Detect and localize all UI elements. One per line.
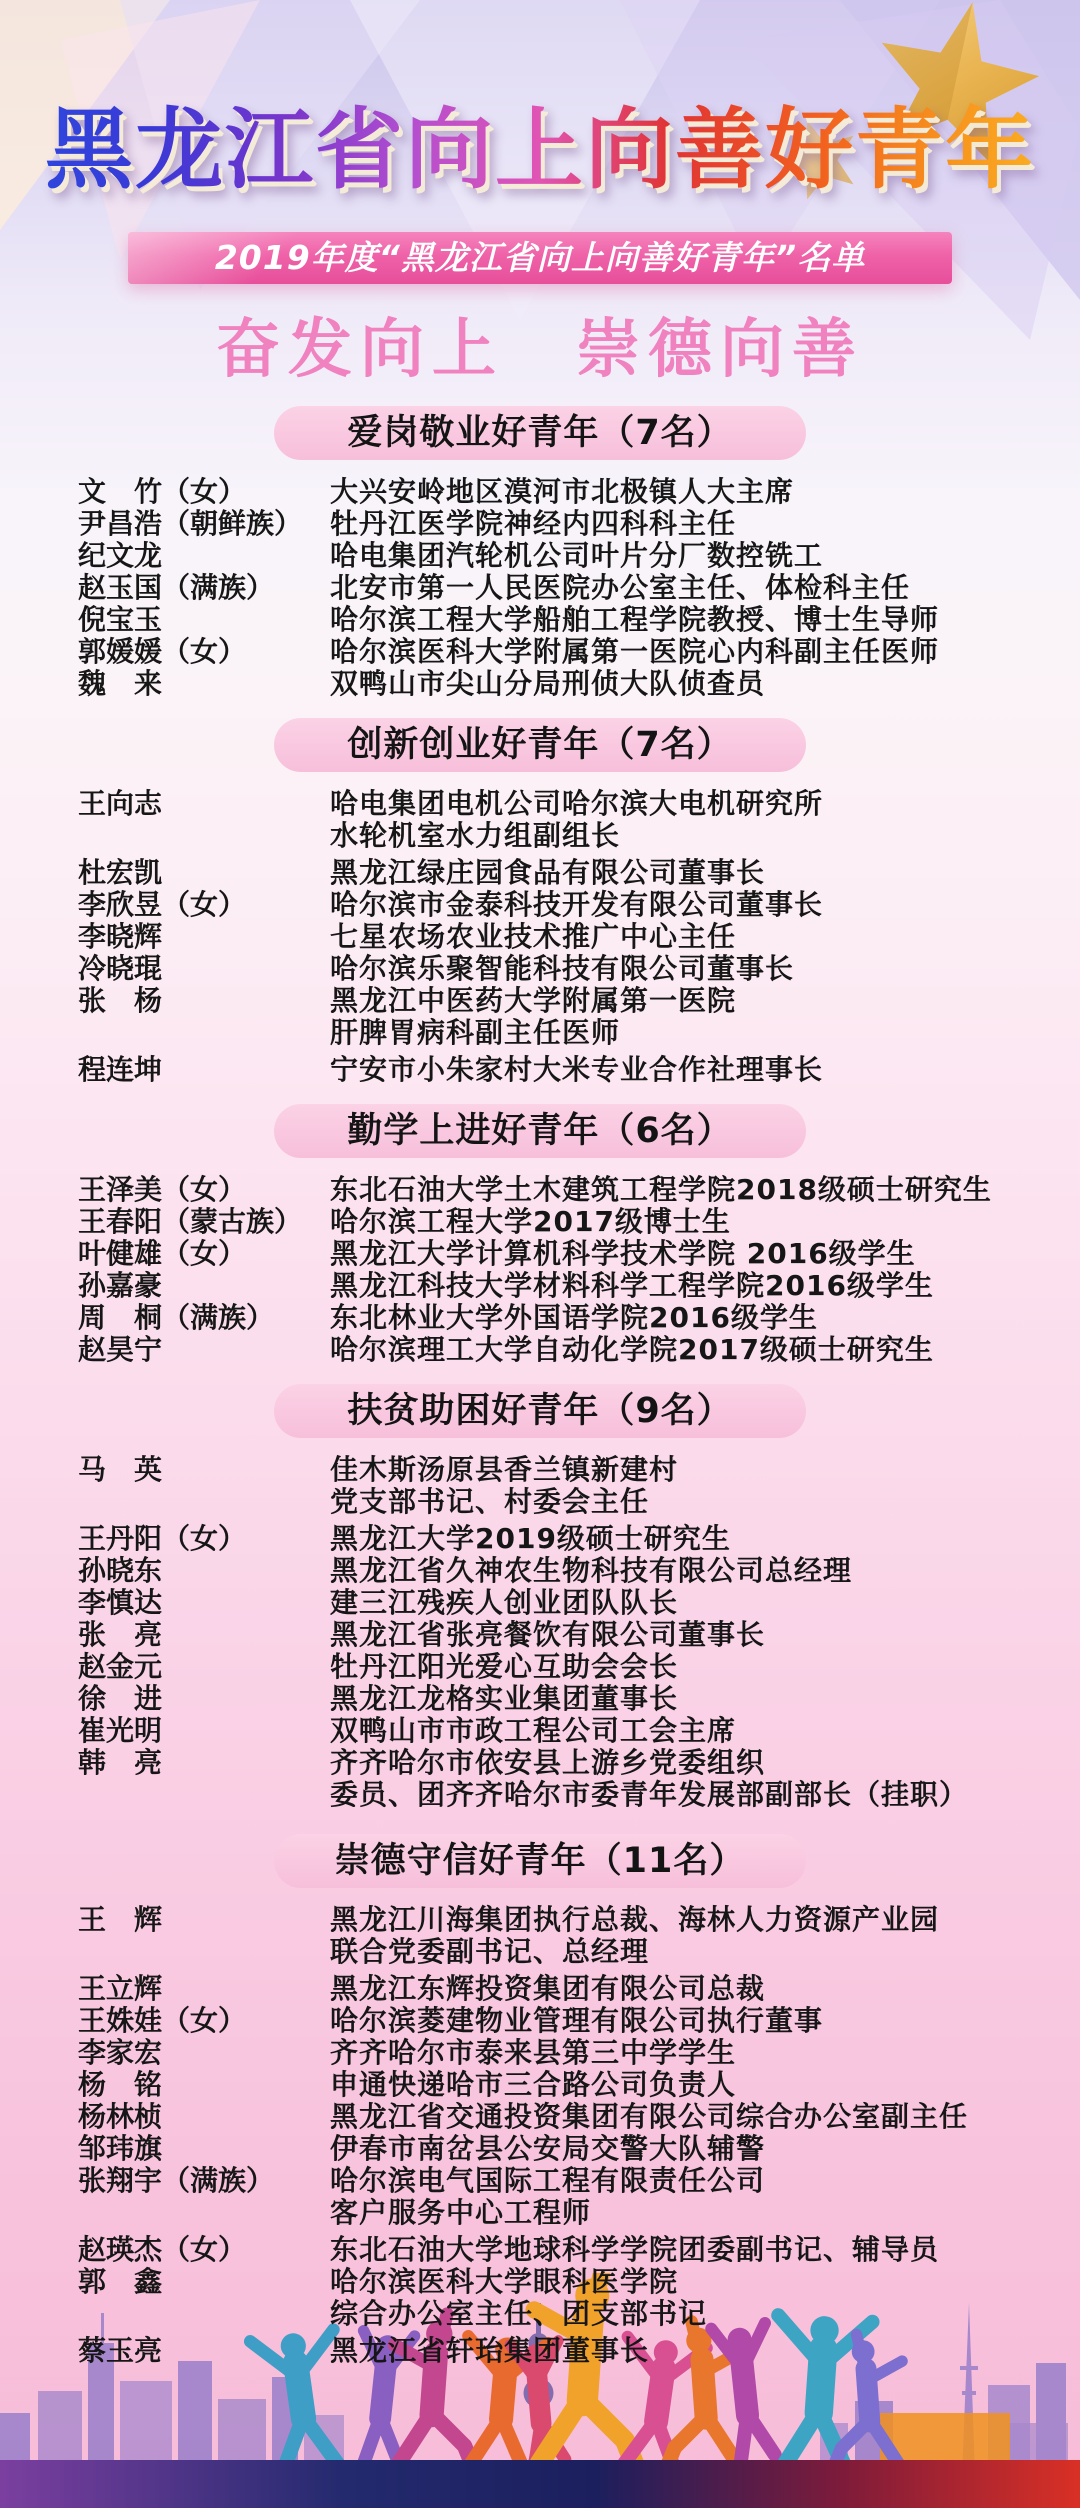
list-item: 邹玮旗 伊春市南岔县公安局交警大队辅警 [0, 2133, 1080, 2165]
person-name: 程连坤 [78, 1054, 330, 1086]
section-rows: 马 英 佳木斯汤原县香兰镇新建村党支部书记、村委会主任 王丹阳（女） 黑龙江大学… [0, 1450, 1080, 1818]
award-section: 创新创业好青年（7名） 王向志 哈电集团电机公司哈尔滨大电机研究所水轮机室水力组… [0, 718, 1080, 1088]
section-header: 崇德守信好青年（11名） [274, 1834, 806, 1888]
person-name: 李欣昱（女） [78, 889, 330, 921]
list-item: 郭 鑫 哈尔滨医科大学眼科医学院综合办公室主任、团支部书记 [0, 2266, 1080, 2330]
person-description: 哈尔滨菱建物业管理有限公司执行董事 [330, 2005, 1060, 2037]
person-description-line: 哈尔滨理工大学自动化学院2017级硕士研究生 [330, 1334, 1060, 1366]
person-description: 齐齐哈尔市泰来县第三中学学生 [330, 2037, 1060, 2069]
list-item: 王向志 哈电集团电机公司哈尔滨大电机研究所水轮机室水力组副组长 [0, 788, 1080, 852]
person-description-line: 哈电集团电机公司哈尔滨大电机研究所 [330, 788, 1060, 820]
person-name: 赵玉国（满族） [78, 572, 330, 604]
person-name: 文 竹（女） [78, 476, 330, 508]
person-name: 郭 鑫 [78, 2266, 330, 2298]
list-item: 李欣昱（女） 哈尔滨市金泰科技开发有限公司董事长 [0, 889, 1080, 921]
person-description: 东北林业大学外国语学院2016级学生 [330, 1302, 1060, 1334]
person-name: 郭媛媛（女） [78, 636, 330, 668]
list-item: 徐 进 黑龙江龙格实业集团董事长 [0, 1683, 1080, 1715]
person-name: 王向志 [78, 788, 330, 820]
list-item: 杨 铭 申通快递哈市三合路公司负责人 [0, 2069, 1080, 2101]
section-rows: 王 辉 黑龙江川海集团执行总裁、海林人力资源产业园联合党委副书记、总经理 王立辉… [0, 1900, 1080, 2369]
person-name: 孙晓东 [78, 1555, 330, 1587]
person-description: 哈尔滨工程大学船舶工程学院教授、博士生导师 [330, 604, 1060, 636]
banner-ribbon: 2019年度“黑龙江省向上向善好青年”名单 [128, 232, 952, 284]
person-description: 东北石油大学地球科学学院团委副书记、辅导员 [330, 2234, 1060, 2266]
list-item: 李慎达 建三江残疾人创业团队队长 [0, 1587, 1080, 1619]
list-item: 程连坤 宁安市小朱家村大米专业合作社理事长 [0, 1054, 1080, 1086]
list-item: 蔡玉亮 黑龙江省轩珆集团董事长 [0, 2335, 1080, 2367]
list-item: 李晓辉 七星农场农业技术推广中心主任 [0, 921, 1080, 953]
list-item: 张 杨 黑龙江中医药大学附属第一医院肝脾胃病科副主任医师 [0, 985, 1080, 1049]
section-title: 爱岗敬业好青年（7名） [347, 406, 732, 460]
person-description: 黑龙江大学2019级硕士研究生 [330, 1523, 1060, 1555]
list-item: 王丹阳（女） 黑龙江大学2019级硕士研究生 [0, 1523, 1080, 1555]
person-description-line: 双鸭山市尖山分局刑侦大队侦查员 [330, 668, 1060, 700]
person-description: 黑龙江中医药大学附属第一医院肝脾胃病科副主任医师 [330, 985, 1060, 1049]
person-description-line: 佳木斯汤原县香兰镇新建村 [330, 1454, 1060, 1486]
list-item: 赵金元 牡丹江阳光爱心互助会会长 [0, 1651, 1080, 1683]
section-rows: 王向志 哈电集团电机公司哈尔滨大电机研究所水轮机室水力组副组长 杜宏凯 黑龙江绿… [0, 784, 1080, 1088]
person-name: 崔光明 [78, 1715, 330, 1747]
person-description-line: 七星农场农业技术推广中心主任 [330, 921, 1060, 953]
award-section: 爱岗敬业好青年（7名） 文 竹（女） 大兴安岭地区漠河市北极镇人大主席 尹昌浩（… [0, 406, 1080, 702]
list-item: 孙晓东 黑龙江省久神农生物科技有限公司总经理 [0, 1555, 1080, 1587]
section-title: 崇德守信好青年（11名） [335, 1834, 746, 1888]
person-description-line: 黑龙江省轩珆集团董事长 [330, 2335, 1060, 2367]
page-title: 黑龙江省向上向善好青年 [0, 80, 1080, 206]
person-description: 北安市第一人民医院办公室主任、体检科主任 [330, 572, 1060, 604]
person-name: 徐 进 [78, 1683, 330, 1715]
person-description: 东北石油大学土木建筑工程学院2018级硕士研究生 [330, 1174, 1060, 1206]
person-description: 黑龙江省交通投资集团有限公司综合办公室副主任 [330, 2101, 1060, 2133]
list-item: 王泽美（女） 东北石油大学土木建筑工程学院2018级硕士研究生 [0, 1174, 1080, 1206]
person-name: 蔡玉亮 [78, 2335, 330, 2367]
person-description-line: 哈尔滨医科大学附属第一医院心内科副主任医师 [330, 636, 1060, 668]
person-description-line: 黑龙江大学计算机科学技术学院 2016级学生 [330, 1238, 1060, 1270]
person-description-line: 黑龙江省久神农生物科技有限公司总经理 [330, 1555, 1060, 1587]
person-name: 纪文龙 [78, 540, 330, 572]
person-description-line: 北安市第一人民医院办公室主任、体检科主任 [330, 572, 1060, 604]
person-description: 黑龙江川海集团执行总裁、海林人力资源产业园联合党委副书记、总经理 [330, 1904, 1060, 1968]
person-description: 牡丹江阳光爱心互助会会长 [330, 1651, 1060, 1683]
person-description: 佳木斯汤原县香兰镇新建村党支部书记、村委会主任 [330, 1454, 1060, 1518]
person-name: 马 英 [78, 1454, 330, 1486]
person-description: 哈尔滨理工大学自动化学院2017级硕士研究生 [330, 1334, 1060, 1366]
person-description: 哈电集团电机公司哈尔滨大电机研究所水轮机室水力组副组长 [330, 788, 1060, 852]
person-description: 哈尔滨电气国际工程有限责任公司客户服务中心工程师 [330, 2165, 1060, 2229]
person-description-line: 东北石油大学土木建筑工程学院2018级硕士研究生 [330, 1174, 1060, 1206]
list-item: 周 桐（满族） 东北林业大学外国语学院2016级学生 [0, 1302, 1080, 1334]
list-item: 文 竹（女） 大兴安岭地区漠河市北极镇人大主席 [0, 476, 1080, 508]
person-description-line: 黑龙江龙格实业集团董事长 [330, 1683, 1060, 1715]
award-section: 崇德守信好青年（11名） 王 辉 黑龙江川海集团执行总裁、海林人力资源产业园联合… [0, 1834, 1080, 2369]
person-description: 七星农场农业技术推广中心主任 [330, 921, 1060, 953]
person-description: 齐齐哈尔市依安县上游乡党委组织委员、团齐齐哈尔市委青年发展部副部长（挂职） [330, 1747, 1060, 1811]
person-name: 孙嘉豪 [78, 1270, 330, 1302]
list-item: 李家宏 齐齐哈尔市泰来县第三中学学生 [0, 2037, 1080, 2069]
person-name: 王姝娃（女） [78, 2005, 330, 2037]
person-description: 黑龙江龙格实业集团董事长 [330, 1683, 1060, 1715]
section-rows: 文 竹（女） 大兴安岭地区漠河市北极镇人大主席 尹昌浩（朝鲜族） 牡丹江医学院神… [0, 472, 1080, 702]
person-description-line: 肝脾胃病科副主任医师 [330, 1017, 1060, 1049]
person-description-line: 党支部书记、村委会主任 [330, 1486, 1060, 1518]
person-name: 李家宏 [78, 2037, 330, 2069]
person-description-line: 双鸭山市市政工程公司工会主席 [330, 1715, 1060, 1747]
person-description: 双鸭山市尖山分局刑侦大队侦查员 [330, 668, 1060, 700]
person-description-line: 申通快递哈市三合路公司负责人 [330, 2069, 1060, 2101]
list-item: 王 辉 黑龙江川海集团执行总裁、海林人力资源产业园联合党委副书记、总经理 [0, 1904, 1080, 1968]
award-section: 扶贫助困好青年（9名） 马 英 佳木斯汤原县香兰镇新建村党支部书记、村委会主任 … [0, 1384, 1080, 1818]
person-description: 双鸭山市市政工程公司工会主席 [330, 1715, 1060, 1747]
person-description: 宁安市小朱家村大米专业合作社理事长 [330, 1054, 1060, 1086]
person-name: 张翔宇（满族） [78, 2165, 330, 2197]
section-header: 爱岗敬业好青年（7名） [274, 406, 806, 460]
list-item: 叶健雄（女） 黑龙江大学计算机科学技术学院 2016级学生 [0, 1238, 1080, 1270]
sections-container: 爱岗敬业好青年（7名） 文 竹（女） 大兴安岭地区漠河市北极镇人大主席 尹昌浩（… [0, 406, 1080, 2369]
person-description-line: 牡丹江阳光爱心互助会会长 [330, 1651, 1060, 1683]
person-description-line: 牡丹江医学院神经内四科科主任 [330, 508, 1060, 540]
person-name: 倪宝玉 [78, 604, 330, 636]
person-description-line: 哈尔滨工程大学2017级博士生 [330, 1206, 1060, 1238]
person-description: 哈尔滨工程大学2017级博士生 [330, 1206, 1060, 1238]
person-description: 大兴安岭地区漠河市北极镇人大主席 [330, 476, 1060, 508]
person-name: 邹玮旗 [78, 2133, 330, 2165]
person-name: 杨 铭 [78, 2069, 330, 2101]
person-description: 黑龙江省久神农生物科技有限公司总经理 [330, 1555, 1060, 1587]
person-name: 张 杨 [78, 985, 330, 1017]
person-name: 杜宏凯 [78, 857, 330, 889]
person-description: 牡丹江医学院神经内四科科主任 [330, 508, 1060, 540]
list-item: 王春阳（蒙古族） 哈尔滨工程大学2017级博士生 [0, 1206, 1080, 1238]
person-description: 哈尔滨市金泰科技开发有限公司董事长 [330, 889, 1060, 921]
list-item: 郭媛媛（女） 哈尔滨医科大学附属第一医院心内科副主任医师 [0, 636, 1080, 668]
list-item: 张翔宇（满族） 哈尔滨电气国际工程有限责任公司客户服务中心工程师 [0, 2165, 1080, 2229]
person-description-line: 黑龙江科技大学材料科学工程学院2016级学生 [330, 1270, 1060, 1302]
banner-text: 2019年度“黑龙江省向上向善好青年”名单 [128, 232, 952, 284]
section-rows: 王泽美（女） 东北石油大学土木建筑工程学院2018级硕士研究生 王春阳（蒙古族）… [0, 1170, 1080, 1368]
list-item: 马 英 佳木斯汤原县香兰镇新建村党支部书记、村委会主任 [0, 1454, 1080, 1518]
person-description-line: 齐齐哈尔市依安县上游乡党委组织 [330, 1747, 1060, 1779]
person-description: 黑龙江东辉投资集团有限公司总裁 [330, 1973, 1060, 2005]
person-name: 王泽美（女） [78, 1174, 330, 1206]
poster-header: 黑龙江省向上向善好青年 2019年度“黑龙江省向上向善好青年”名单 奋发向上 崇… [0, 0, 1080, 390]
person-name: 周 桐（满族） [78, 1302, 330, 1334]
person-description-line: 东北林业大学外国语学院2016级学生 [330, 1302, 1060, 1334]
person-name: 王立辉 [78, 1973, 330, 2005]
person-name: 赵瑛杰（女） [78, 2234, 330, 2266]
award-section: 勤学上进好青年（6名） 王泽美（女） 东北石油大学土木建筑工程学院2018级硕士… [0, 1104, 1080, 1368]
person-name: 魏 来 [78, 668, 330, 700]
person-name: 冷晓琨 [78, 953, 330, 985]
person-description-line: 哈尔滨电气国际工程有限责任公司 [330, 2165, 1060, 2197]
list-item: 赵瑛杰（女） 东北石油大学地球科学学院团委副书记、辅导员 [0, 2234, 1080, 2266]
orange-block [880, 2413, 1010, 2473]
person-description: 黑龙江省轩珆集团董事长 [330, 2335, 1060, 2367]
list-item: 张 亮 黑龙江省张亮餐饮有限公司董事长 [0, 1619, 1080, 1651]
person-description: 申通快递哈市三合路公司负责人 [330, 2069, 1060, 2101]
person-name: 王 辉 [78, 1904, 330, 1936]
person-description-line: 客户服务中心工程师 [330, 2197, 1060, 2229]
person-name: 尹昌浩（朝鲜族） [78, 508, 330, 540]
person-description-line: 哈尔滨乐聚智能科技有限公司董事长 [330, 953, 1060, 985]
person-description: 哈尔滨医科大学附属第一医院心内科副主任医师 [330, 636, 1060, 668]
list-item: 冷晓琨 哈尔滨乐聚智能科技有限公司董事长 [0, 953, 1080, 985]
list-item: 杨林桢 黑龙江省交通投资集团有限公司综合办公室副主任 [0, 2101, 1080, 2133]
list-item: 崔光明 双鸭山市市政工程公司工会主席 [0, 1715, 1080, 1747]
slogan-text: 奋发向上 崇德向善 [0, 298, 1080, 390]
person-description: 伊春市南岔县公安局交警大队辅警 [330, 2133, 1060, 2165]
person-description-line: 黑龙江中医药大学附属第一医院 [330, 985, 1060, 1017]
list-item: 孙嘉豪 黑龙江科技大学材料科学工程学院2016级学生 [0, 1270, 1080, 1302]
person-description-line: 东北石油大学地球科学学院团委副书记、辅导员 [330, 2234, 1060, 2266]
person-description: 哈电集团汽轮机公司叶片分厂数控铣工 [330, 540, 1060, 572]
person-name: 赵金元 [78, 1651, 330, 1683]
person-description-line: 黑龙江绿庄园食品有限公司董事长 [330, 857, 1060, 889]
person-description-line: 宁安市小朱家村大米专业合作社理事长 [330, 1054, 1060, 1086]
person-description: 哈尔滨乐聚智能科技有限公司董事长 [330, 953, 1060, 985]
person-name: 韩 亮 [78, 1747, 330, 1779]
person-name: 李慎达 [78, 1587, 330, 1619]
person-description-line: 黑龙江省交通投资集团有限公司综合办公室副主任 [330, 2101, 1060, 2133]
person-name: 张 亮 [78, 1619, 330, 1651]
person-description: 黑龙江大学计算机科学技术学院 2016级学生 [330, 1238, 1060, 1270]
section-title: 扶贫助困好青年（9名） [347, 1384, 732, 1438]
list-item: 赵玉国（满族） 北安市第一人民医院办公室主任、体检科主任 [0, 572, 1080, 604]
person-name: 王丹阳（女） [78, 1523, 330, 1555]
person-description-line: 水轮机室水力组副组长 [330, 820, 1060, 852]
footer-band [0, 2460, 1080, 2508]
section-title: 创新创业好青年（7名） [347, 718, 732, 772]
person-description: 黑龙江科技大学材料科学工程学院2016级学生 [330, 1270, 1060, 1302]
list-item: 魏 来 双鸭山市尖山分局刑侦大队侦查员 [0, 668, 1080, 700]
section-header: 创新创业好青年（7名） [274, 718, 806, 772]
person-name: 叶健雄（女） [78, 1238, 330, 1270]
person-description-line: 哈尔滨医科大学眼科医学院 [330, 2266, 1060, 2298]
person-description-line: 黑龙江东辉投资集团有限公司总裁 [330, 1973, 1060, 2005]
section-title: 勤学上进好青年（6名） [347, 1104, 732, 1158]
person-description-line: 哈电集团汽轮机公司叶片分厂数控铣工 [330, 540, 1060, 572]
person-description-line: 黑龙江大学2019级硕士研究生 [330, 1523, 1060, 1555]
person-description-line: 大兴安岭地区漠河市北极镇人大主席 [330, 476, 1060, 508]
list-item: 倪宝玉 哈尔滨工程大学船舶工程学院教授、博士生导师 [0, 604, 1080, 636]
person-description: 黑龙江省张亮餐饮有限公司董事长 [330, 1619, 1060, 1651]
person-description: 建三江残疾人创业团队队长 [330, 1587, 1060, 1619]
list-item: 纪文龙 哈电集团汽轮机公司叶片分厂数控铣工 [0, 540, 1080, 572]
person-description-line: 建三江残疾人创业团队队长 [330, 1587, 1060, 1619]
person-description-line: 黑龙江省张亮餐饮有限公司董事长 [330, 1619, 1060, 1651]
person-description-line: 黑龙江川海集团执行总裁、海林人力资源产业园 [330, 1904, 1060, 1936]
person-description: 黑龙江绿庄园食品有限公司董事长 [330, 857, 1060, 889]
list-item: 赵昊宁 哈尔滨理工大学自动化学院2017级硕士研究生 [0, 1334, 1080, 1366]
list-item: 杜宏凯 黑龙江绿庄园食品有限公司董事长 [0, 857, 1080, 889]
person-name: 王春阳（蒙古族） [78, 1206, 330, 1238]
person-description-line: 齐齐哈尔市泰来县第三中学学生 [330, 2037, 1060, 2069]
person-name: 杨林桢 [78, 2101, 330, 2133]
person-description-line: 哈尔滨工程大学船舶工程学院教授、博士生导师 [330, 604, 1060, 636]
person-description-line: 委员、团齐齐哈尔市委青年发展部副部长（挂职） [330, 1779, 1060, 1811]
person-description-line: 联合党委副书记、总经理 [330, 1936, 1060, 1968]
person-description-line: 哈尔滨市金泰科技开发有限公司董事长 [330, 889, 1060, 921]
person-description: 哈尔滨医科大学眼科医学院综合办公室主任、团支部书记 [330, 2266, 1060, 2330]
person-description-line: 综合办公室主任、团支部书记 [330, 2298, 1060, 2330]
person-description-line: 伊春市南岔县公安局交警大队辅警 [330, 2133, 1060, 2165]
person-name: 赵昊宁 [78, 1334, 330, 1366]
list-item: 韩 亮 齐齐哈尔市依安县上游乡党委组织委员、团齐齐哈尔市委青年发展部副部长（挂职… [0, 1747, 1080, 1811]
section-header: 勤学上进好青年（6名） [274, 1104, 806, 1158]
section-header: 扶贫助困好青年（9名） [274, 1384, 806, 1438]
list-item: 王姝娃（女） 哈尔滨菱建物业管理有限公司执行董事 [0, 2005, 1080, 2037]
person-name: 李晓辉 [78, 921, 330, 953]
list-item: 王立辉 黑龙江东辉投资集团有限公司总裁 [0, 1973, 1080, 2005]
list-item: 尹昌浩（朝鲜族） 牡丹江医学院神经内四科科主任 [0, 508, 1080, 540]
person-description-line: 哈尔滨菱建物业管理有限公司执行董事 [330, 2005, 1060, 2037]
